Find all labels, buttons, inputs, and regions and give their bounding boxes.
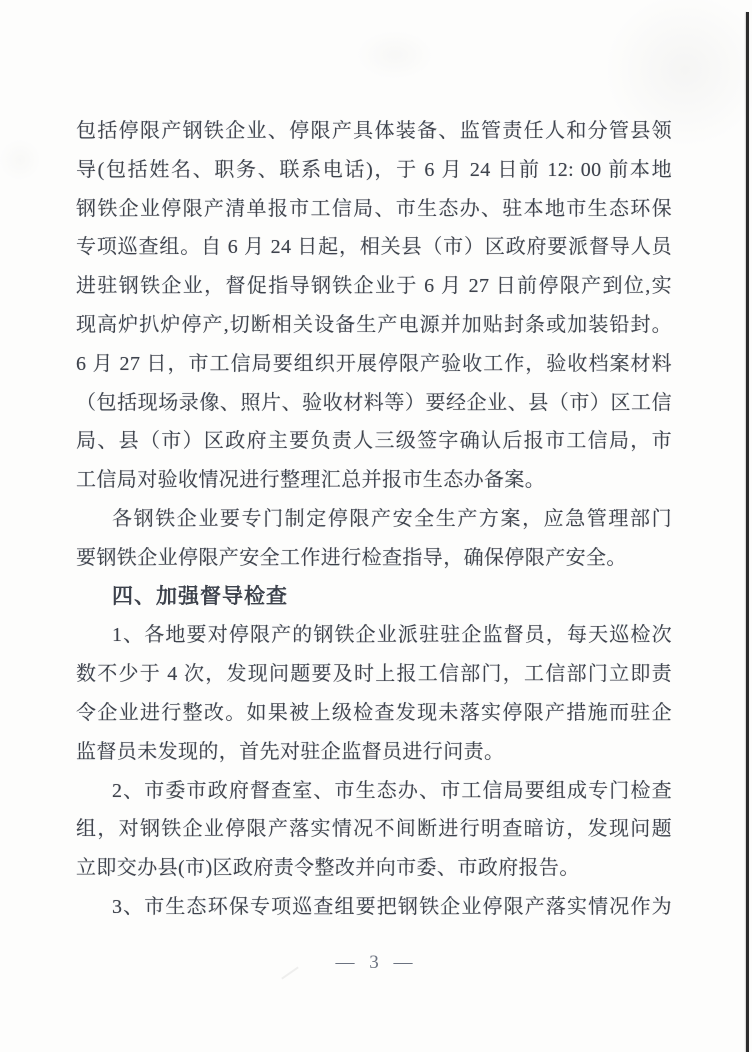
document-line: 数不少于 4 次，发现问题要及时上报工信部门，工信部门立即责 bbox=[76, 655, 672, 694]
document-body: 包括停限产钢铁企业、停限产具体装备、监管责任人和分管县领导(包括姓名、职务、联系… bbox=[76, 112, 672, 927]
document-line: 组，对钢铁企业停限产落实情况不间断进行明查暗访，发现问题 bbox=[76, 810, 672, 849]
scan-edge-artifact bbox=[746, 12, 749, 1052]
document-line: 令企业进行整改。如果被上级检查发现未落实停限产措施而驻企 bbox=[76, 694, 672, 733]
document-line: （包括现场录像、照片、验收材料等）要经企业、县（市）区工信 bbox=[76, 384, 672, 423]
document-line: 2、市委市政府督查室、市生态办、市工信局要组成专门检查 bbox=[76, 772, 672, 811]
document-line: 6 月 27 日，市工信局要组织开展停限产验收工作，验收档案材料 bbox=[76, 345, 672, 384]
document-line: 1、各地要对停限产的钢铁企业派驻驻企监督员，每天巡检次 bbox=[76, 616, 672, 655]
document-line: 3、市生态环保专项巡查组要把钢铁企业停限产落实情况作为 bbox=[76, 888, 672, 927]
document-line: 局、县（市）区政府主要负责人三级签字确认后报市工信局，市 bbox=[76, 422, 672, 461]
document-line: 四、加强督导检查 bbox=[76, 578, 672, 617]
document-line: 现高炉扒炉停产,切断相关设备生产电源并加贴封条或加装铅封。 bbox=[76, 306, 672, 345]
scan-smudge bbox=[0, 130, 50, 190]
page-number: — 3 — bbox=[76, 948, 672, 978]
document-line: 包括停限产钢铁企业、停限产具体装备、监管责任人和分管县领 bbox=[76, 112, 672, 151]
scan-smudge bbox=[340, 20, 450, 90]
document-line: 钢铁企业停限产清单报市工信局、市生态办、驻本地市生态环保 bbox=[76, 190, 672, 229]
document-line: 导(包括姓名、职务、联系电话)，于 6 月 24 日前 12: 00 前本地 bbox=[76, 151, 672, 190]
document-line: 专项巡查组。自 6 月 24 日起，相关县（市）区政府要派督导人员 bbox=[76, 228, 672, 267]
document-line: 工信局对验收情况进行整理汇总并报市生态办备案。 bbox=[76, 461, 672, 500]
document-line: 监督员未发现的，首先对驻企监督员进行问责。 bbox=[76, 733, 672, 772]
document-line: 进驻钢铁企业，督促指导钢铁企业于 6 月 27 日前停限产到位,实 bbox=[76, 267, 672, 306]
document-line: 要钢铁企业停限产安全工作进行检查指导，确保停限产安全。 bbox=[76, 539, 672, 578]
document-line: 立即交办县(市)区政府责令整改并向市委、市政府报告。 bbox=[76, 849, 672, 888]
document-line: 各钢铁企业要专门制定停限产安全生产方案，应急管理部门 bbox=[76, 500, 672, 539]
scanned-document-page: 包括停限产钢铁企业、停限产具体装备、监管责任人和分管县领导(包括姓名、职务、联系… bbox=[0, 0, 752, 1052]
